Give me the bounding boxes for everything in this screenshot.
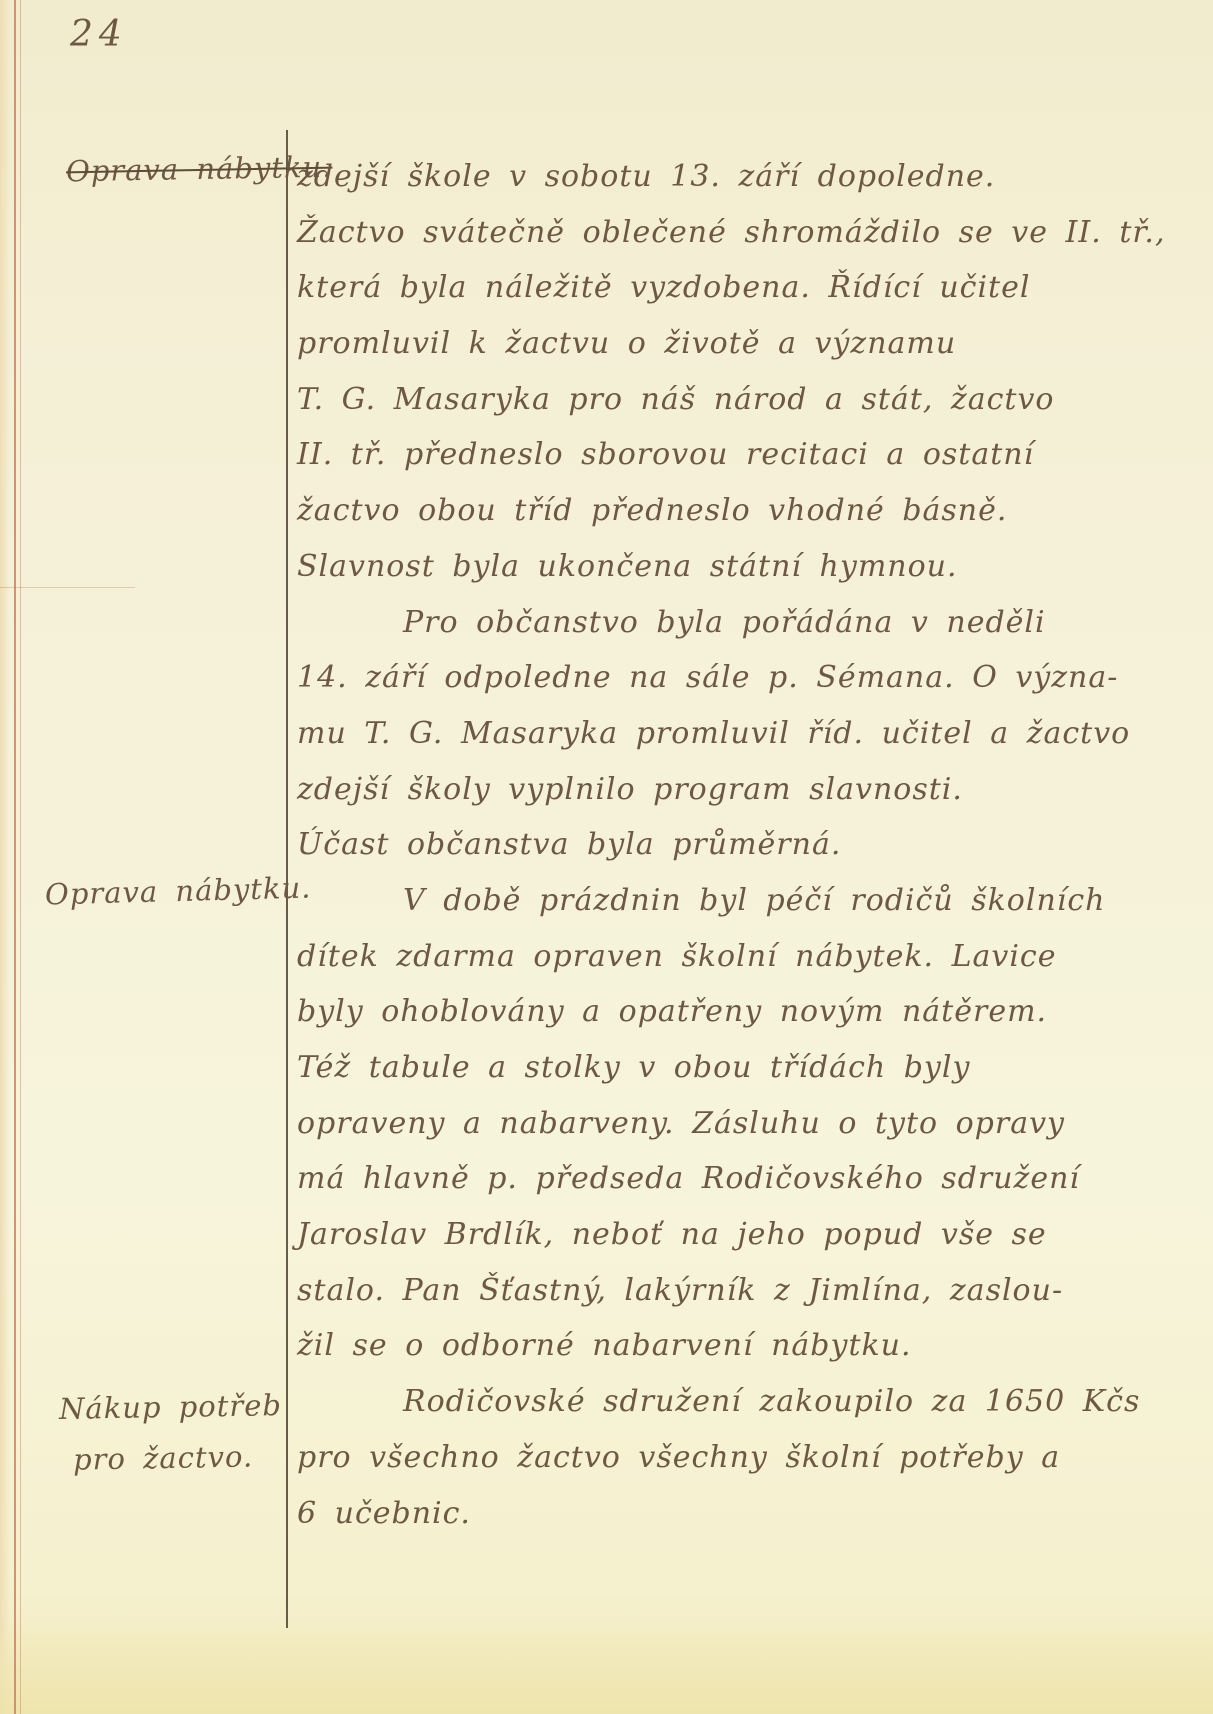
margin-note-pro-zactvo: pro žactvo. — [73, 1439, 254, 1476]
text-line: Též tabule a stolky v obou třídách byly — [297, 1040, 1207, 1096]
text-line: 14. září odpoledne na sále p. Sémana. O … — [297, 650, 1207, 706]
text-line: 6 učebnic. — [297, 1486, 1207, 1542]
text-line: T. G. Masaryka pro náš národ a stát, žac… — [297, 372, 1207, 428]
text-line: opraveny a nabarveny. Zásluhu o tyto opr… — [297, 1096, 1207, 1152]
text-line: promluvil k žactvu o životě a významu — [297, 316, 1207, 372]
text-line: která byla náležitě vyzdobena. Řídící uč… — [297, 260, 1207, 316]
text-line: má hlavně p. předseda Rodičovského sdruž… — [297, 1151, 1207, 1207]
page-number: 24 — [70, 14, 128, 55]
text-line: II. tř. předneslo sborovou recitaci a os… — [297, 427, 1207, 483]
text-line: stalo. Pan Šťastný, lakýrník z Jimlína, … — [297, 1263, 1207, 1319]
text-line-paragraph-start: Rodičovské sdružení zakoupilo za 1650 Kč… — [297, 1374, 1207, 1430]
horizontal-crease-line — [0, 587, 135, 588]
page-left-edge-shading — [0, 0, 10, 1714]
margin-note-oprava-nabytku: Oprava nábytku. — [45, 871, 312, 912]
text-line: mu T. G. Masaryka promluvil říd. učitel … — [297, 706, 1207, 762]
chronicle-page: 24 Oprava nábytku. Oprava nábytku. Nákup… — [0, 0, 1213, 1714]
text-line: Žactvo svátečně oblečené shromáždilo se … — [297, 205, 1207, 261]
body-text-column: zdejší škole v sobotu 13. září dopoledne… — [297, 149, 1207, 1541]
text-line-paragraph-start: V době prázdnin byl péčí rodičů školních — [297, 873, 1207, 929]
text-line: zdejší škole v sobotu 13. září dopoledne… — [297, 149, 1207, 205]
red-margin-rule-inner — [20, 0, 21, 1714]
text-line: Účast občanstva byla průměrná. — [297, 817, 1207, 873]
text-line: žil se o odborné nabarvení nábytku. — [297, 1318, 1207, 1374]
text-line-paragraph-start: Pro občanstvo byla pořádána v neděli — [297, 595, 1207, 651]
margin-note-nakup-potreb: Nákup potřeb — [59, 1388, 283, 1426]
text-line: žactvo obou tříd předneslo vhodné básně. — [297, 483, 1207, 539]
margin-note-struck-oprava-nabytku: Oprava nábytku. — [66, 150, 333, 189]
red-margin-rule-outer — [14, 0, 16, 1714]
text-line: zdejší školy vyplnilo program slavnosti. — [297, 762, 1207, 818]
text-line: Jaroslav Brdlík, neboť na jeho popud vše… — [297, 1207, 1207, 1263]
text-line: pro všechno žactvo všechny školní potřeb… — [297, 1430, 1207, 1486]
text-line: dítek zdarma opraven školní nábytek. Lav… — [297, 929, 1207, 985]
page-bottom-shadow — [0, 1619, 1213, 1714]
text-line: Slavnost byla ukončena státní hymnou. — [297, 539, 1207, 595]
text-line: byly ohoblovány a opatřeny novým nátěrem… — [297, 984, 1207, 1040]
